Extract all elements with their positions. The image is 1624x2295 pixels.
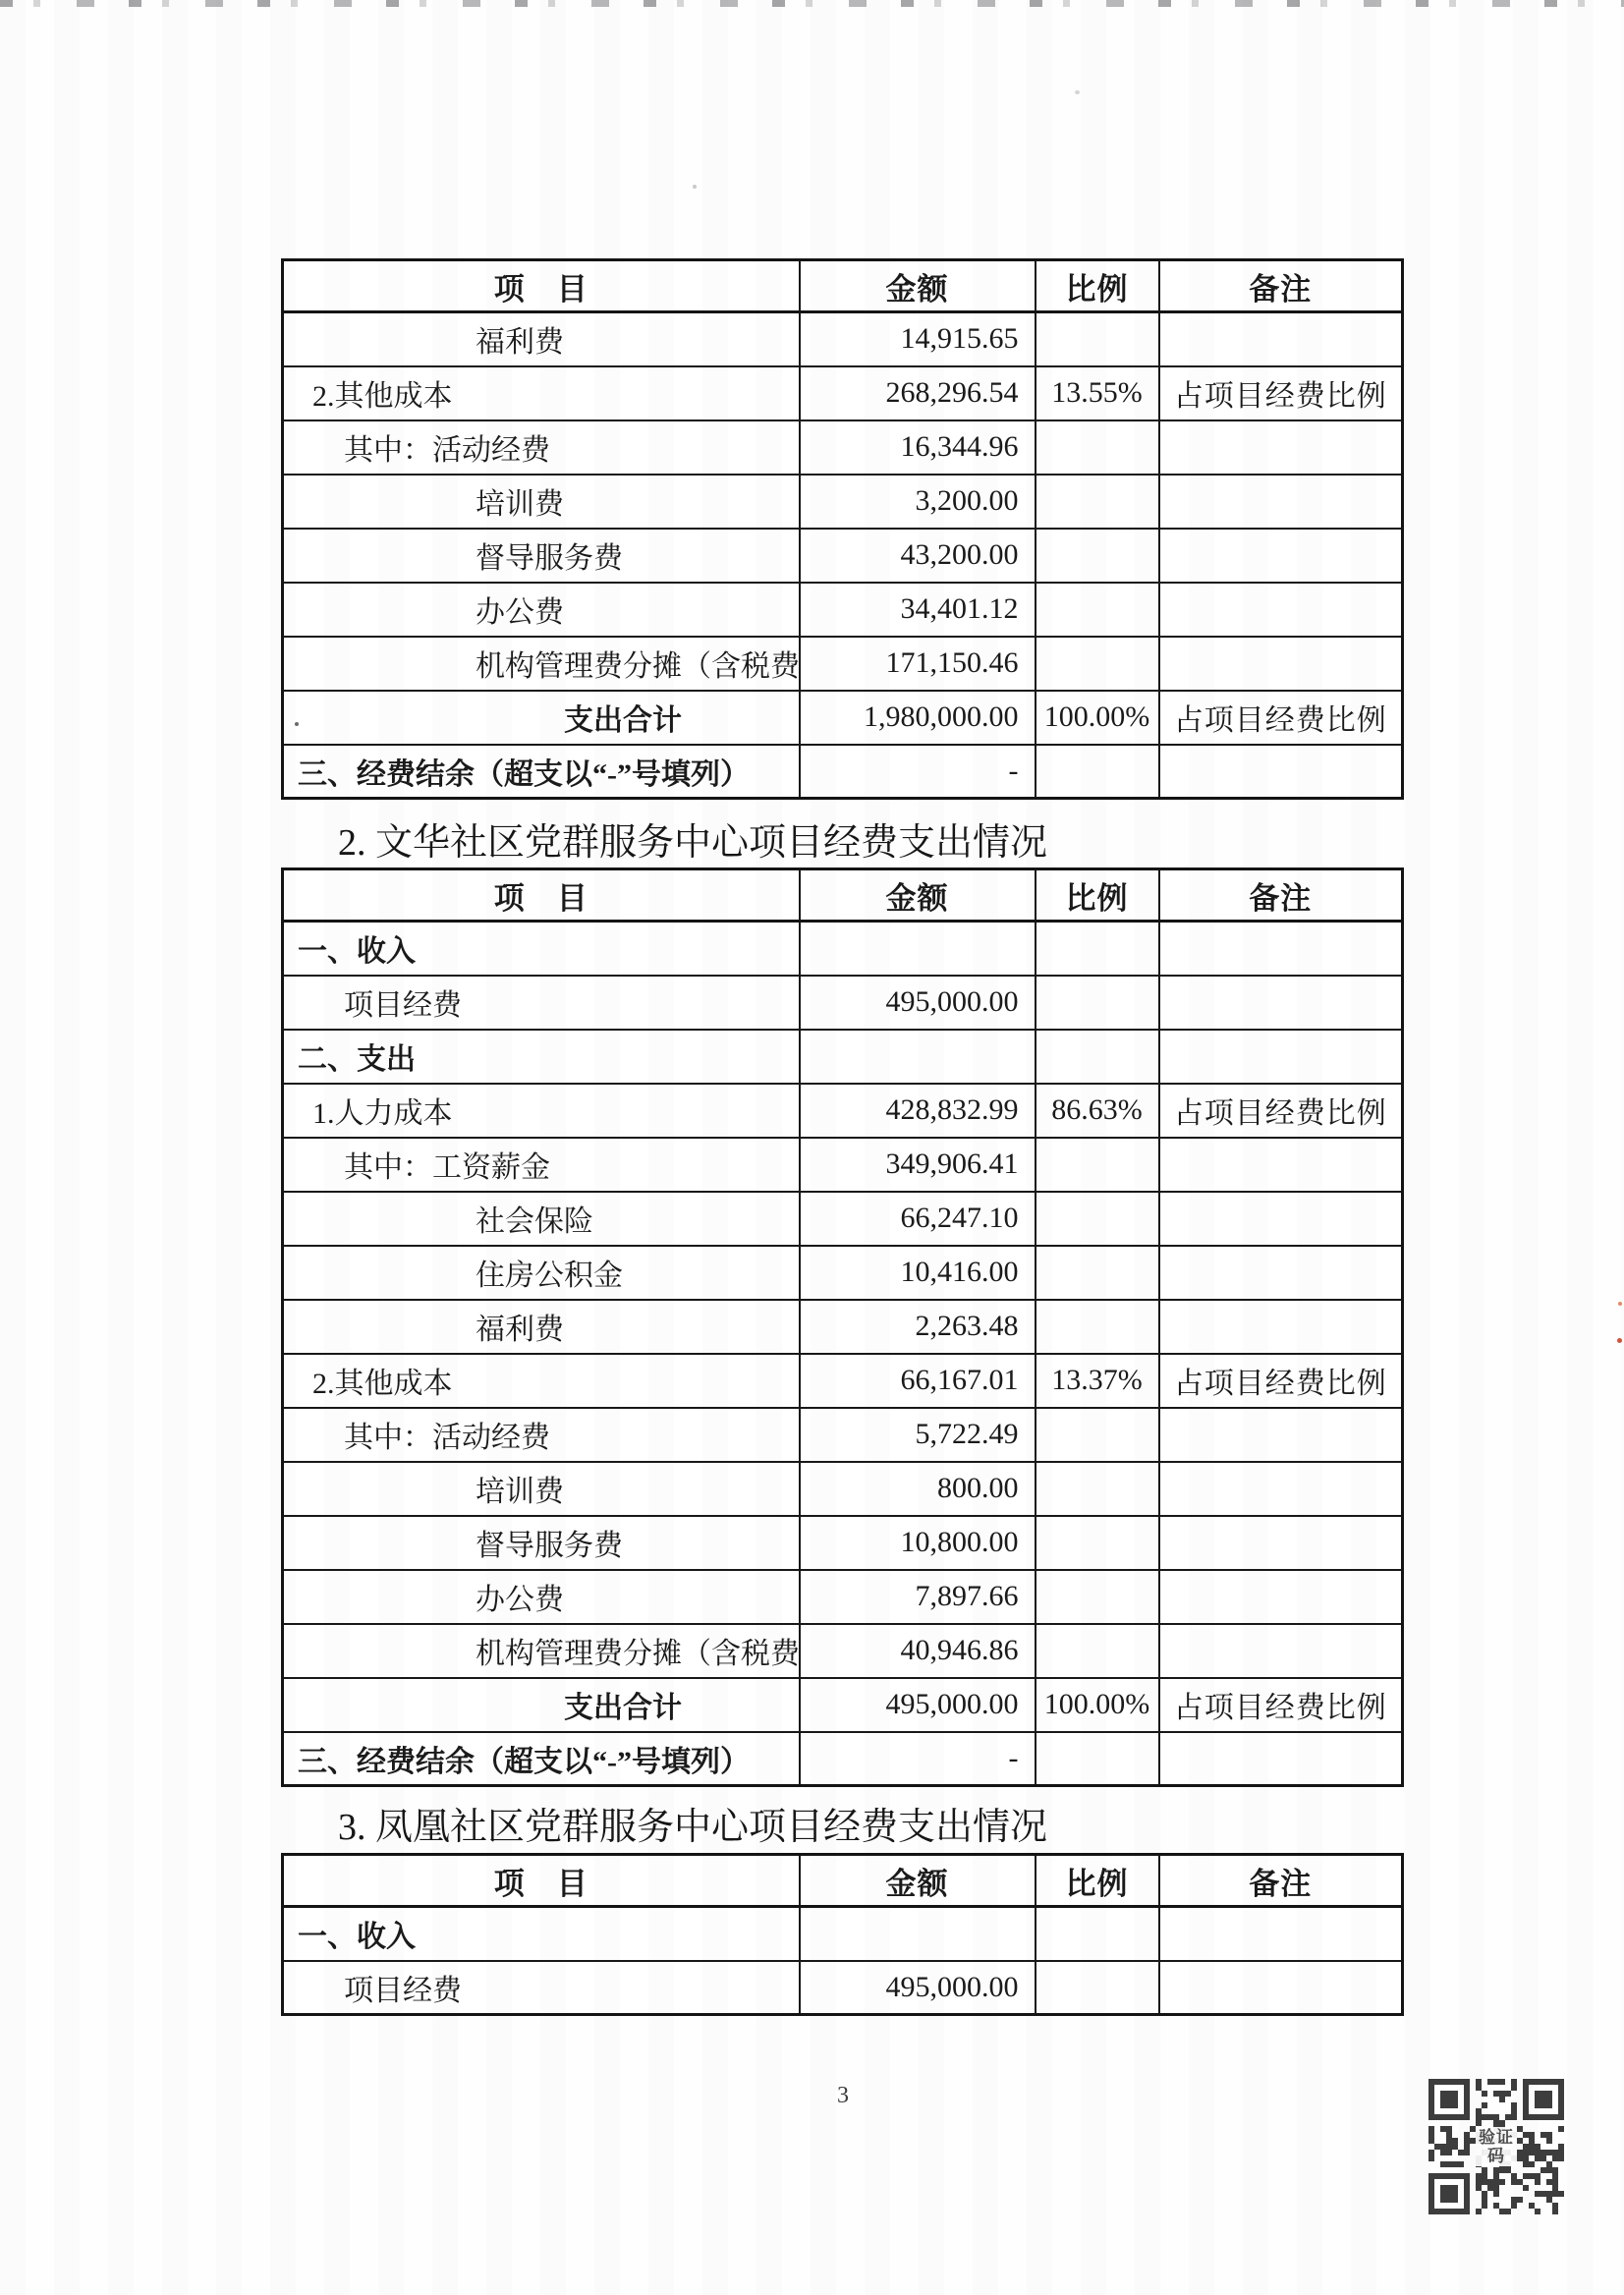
header-row: 项 目金额比例备注 [283,1855,1403,1907]
section-title-fenghuang: 3. 凤凰社区党群服务中心项目经费支出情况 [338,1806,1047,1849]
table-row: 其中：工资薪金349,906.41 [283,1138,1403,1192]
table-row: 支出合计1,980,000.00100.00%占项目经费比例 [283,691,1403,745]
ratio-cell [1036,976,1159,1030]
ratio-cell [1036,529,1159,583]
item-cell: 一、收入 [283,922,800,976]
ratio-cell [1036,1961,1159,2015]
scan-speck [295,722,299,726]
table-row: 其中：活动经费16,344.96 [283,420,1403,475]
table-row: 督导服务费43,200.00 [283,529,1403,583]
item-cell: 办公费 [283,1570,800,1624]
amount-cell: 43,200.00 [800,529,1036,583]
amount-cell: 495,000.00 [800,976,1036,1030]
amount-cell [800,1030,1036,1084]
amount-cell: 1,980,000.00 [800,691,1036,745]
column-header: 备注 [1159,260,1403,312]
ratio-cell [1036,1030,1159,1084]
ratio-cell [1036,475,1159,529]
header-row: 项 目金额比例备注 [283,260,1403,312]
table-row: 社会保险66,247.10 [283,1192,1403,1246]
note-cell [1159,1462,1403,1516]
note-cell [1159,529,1403,583]
ratio-cell [1036,637,1159,691]
note-cell [1159,1246,1403,1300]
table-row: 住房公积金10,416.00 [283,1246,1403,1300]
document-page: 项 目金额比例备注 福利费14,915.652.其他成本268,296.5413… [0,0,1624,2295]
ratio-cell [1036,1732,1159,1786]
note-cell [1159,475,1403,529]
item-cell: 2.其他成本 [283,1354,800,1408]
table-row: 培训费800.00 [283,1462,1403,1516]
item-cell: 2.其他成本 [283,366,800,420]
item-cell: 支出合计 [283,691,800,745]
ratio-cell [1036,1462,1159,1516]
table-row: 福利费2,263.48 [283,1300,1403,1354]
amount-cell: 268,296.54 [800,366,1036,420]
item-cell: 三、经费结余（超支以“-”号填列） [283,745,800,799]
table-row: 项目经费495,000.00 [283,1961,1403,2015]
qr-code-label: 验证 码 [1476,2127,1517,2166]
item-cell: 三、经费结余（超支以“-”号填列） [283,1732,800,1786]
item-cell: 社会保险 [283,1192,800,1246]
amount-cell: 800.00 [800,1462,1036,1516]
ratio-cell [1036,1138,1159,1192]
note-cell [1159,420,1403,475]
amount-cell: 495,000.00 [800,1961,1036,2015]
ratio-cell [1036,1570,1159,1624]
table-row: 机构管理费分摊（含税费）171,150.46 [283,637,1403,691]
column-header: 金额 [800,260,1036,312]
scan-speck [1617,1338,1622,1343]
item-cell: 二、支出 [283,1030,800,1084]
expense-table-fenghuang-community: 项 目金额比例备注 一、收入项目经费495,000.00 [281,1853,1404,2016]
scan-speck [1618,1302,1622,1306]
amount-cell [800,1907,1036,1961]
item-cell: 福利费 [283,1300,800,1354]
item-cell: 住房公积金 [283,1246,800,1300]
expense-table-continued: 项 目金额比例备注 福利费14,915.652.其他成本268,296.5413… [281,258,1404,800]
ratio-cell: 13.37% [1036,1354,1159,1408]
ratio-cell [1036,1408,1159,1462]
ratio-cell [1036,312,1159,366]
note-cell: 占项目经费比例 [1159,1678,1403,1732]
table-row: 支出合计495,000.00100.00%占项目经费比例 [283,1678,1403,1732]
item-cell: 督导服务费 [283,529,800,583]
ratio-cell [1036,1624,1159,1678]
item-cell: 其中：活动经费 [283,1408,800,1462]
note-cell [1159,1192,1403,1246]
amount-cell: - [800,745,1036,799]
note-cell [1159,637,1403,691]
table-row: 办公费7,897.66 [283,1570,1403,1624]
note-cell: 占项目经费比例 [1159,691,1403,745]
amount-cell: 10,416.00 [800,1246,1036,1300]
item-cell: 机构管理费分摊（含税费） [283,1624,800,1678]
ratio-cell [1036,1907,1159,1961]
amount-cell: 5,722.49 [800,1408,1036,1462]
table-row: 福利费14,915.65 [283,312,1403,366]
item-cell: 项目经费 [283,976,800,1030]
note-cell [1159,745,1403,799]
column-header: 比例 [1036,260,1159,312]
qr-label-line1: 验证 [1479,2128,1514,2147]
table-row: 办公费34,401.12 [283,583,1403,637]
expense-table-wenhua-community: 项 目金额比例备注 一、收入项目经费495,000.00二、支出1.人力成本42… [281,868,1404,1787]
qr-code: 验证 码 [1428,2079,1564,2214]
note-cell [1159,1408,1403,1462]
note-cell [1159,583,1403,637]
column-header: 备注 [1159,869,1403,922]
note-cell [1159,312,1403,366]
note-cell [1159,1732,1403,1786]
amount-cell: 3,200.00 [800,475,1036,529]
note-cell [1159,1907,1403,1961]
scan-noise-band [0,0,1624,7]
ratio-cell [1036,745,1159,799]
note-cell: 占项目经费比例 [1159,366,1403,420]
ratio-cell [1036,583,1159,637]
item-cell: 福利费 [283,312,800,366]
ratio-cell [1036,1192,1159,1246]
column-header: 金额 [800,869,1036,922]
column-header: 金额 [800,1855,1036,1907]
table-row: 培训费3,200.00 [283,475,1403,529]
note-cell [1159,1961,1403,2015]
column-header: 比例 [1036,869,1159,922]
table-row: 二、支出 [283,1030,1403,1084]
amount-cell: 495,000.00 [800,1678,1036,1732]
section-title-wenhua: 2. 文华社区党群服务中心项目经费支出情况 [338,821,1047,865]
ratio-cell [1036,1300,1159,1354]
ratio-cell [1036,1516,1159,1570]
ratio-cell [1036,922,1159,976]
table-row: 三、经费结余（超支以“-”号填列）- [283,745,1403,799]
item-cell: 其中：活动经费 [283,420,800,475]
item-cell: 办公费 [283,583,800,637]
note-cell [1159,1516,1403,1570]
note-cell: 占项目经费比例 [1159,1354,1403,1408]
ratio-cell: 13.55% [1036,366,1159,420]
column-header: 项 目 [283,260,800,312]
note-cell [1159,1138,1403,1192]
column-header: 项 目 [283,1855,800,1907]
amount-cell: 14,915.65 [800,312,1036,366]
note-cell [1159,976,1403,1030]
scan-speck [693,185,697,189]
amount-cell: 34,401.12 [800,583,1036,637]
item-cell: 督导服务费 [283,1516,800,1570]
table-row: 2.其他成本268,296.5413.55%占项目经费比例 [283,366,1403,420]
note-cell [1159,922,1403,976]
table-row: 其中：活动经费5,722.49 [283,1408,1403,1462]
amount-cell: 10,800.00 [800,1516,1036,1570]
note-cell [1159,1300,1403,1354]
amount-cell: 66,167.01 [800,1354,1036,1408]
table-row: 督导服务费10,800.00 [283,1516,1403,1570]
table-row: 2.其他成本66,167.0113.37%占项目经费比例 [283,1354,1403,1408]
table-row: 机构管理费分摊（含税费）40,946.86 [283,1624,1403,1678]
ratio-cell: 100.00% [1036,691,1159,745]
item-cell: 培训费 [283,1462,800,1516]
table-row: 一、收入 [283,922,1403,976]
table-row: 项目经费495,000.00 [283,976,1403,1030]
amount-cell: 66,247.10 [800,1192,1036,1246]
ratio-cell [1036,1246,1159,1300]
note-cell [1159,1570,1403,1624]
item-cell: 其中：工资薪金 [283,1138,800,1192]
table-row: 一、收入 [283,1907,1403,1961]
item-cell: 支出合计 [283,1678,800,1732]
item-cell: 1.人力成本 [283,1084,800,1138]
note-cell: 占项目经费比例 [1159,1084,1403,1138]
amount-cell: 7,897.66 [800,1570,1036,1624]
header-row: 项 目金额比例备注 [283,869,1403,922]
ratio-cell: 86.63% [1036,1084,1159,1138]
item-cell: 培训费 [283,475,800,529]
amount-cell: 2,263.48 [800,1300,1036,1354]
item-cell: 一、收入 [283,1907,800,1961]
note-cell [1159,1624,1403,1678]
column-header: 项 目 [283,869,800,922]
column-header: 备注 [1159,1855,1403,1907]
note-cell [1159,1030,1403,1084]
item-cell: 机构管理费分摊（含税费） [283,637,800,691]
qr-label-line2: 码 [1479,2147,1514,2165]
amount-cell: - [800,1732,1036,1786]
table-row: 1.人力成本428,832.9986.63%占项目经费比例 [283,1084,1403,1138]
amount-cell: 171,150.46 [800,637,1036,691]
item-cell: 项目经费 [283,1961,800,2015]
amount-cell: 16,344.96 [800,420,1036,475]
amount-cell: 349,906.41 [800,1138,1036,1192]
amount-cell: 428,832.99 [800,1084,1036,1138]
page-number: 3 [57,2083,1624,2109]
ratio-cell [1036,420,1159,475]
scan-speck [1075,90,1080,94]
column-header: 比例 [1036,1855,1159,1907]
amount-cell [800,922,1036,976]
amount-cell: 40,946.86 [800,1624,1036,1678]
ratio-cell: 100.00% [1036,1678,1159,1732]
table-row: 三、经费结余（超支以“-”号填列）- [283,1732,1403,1786]
